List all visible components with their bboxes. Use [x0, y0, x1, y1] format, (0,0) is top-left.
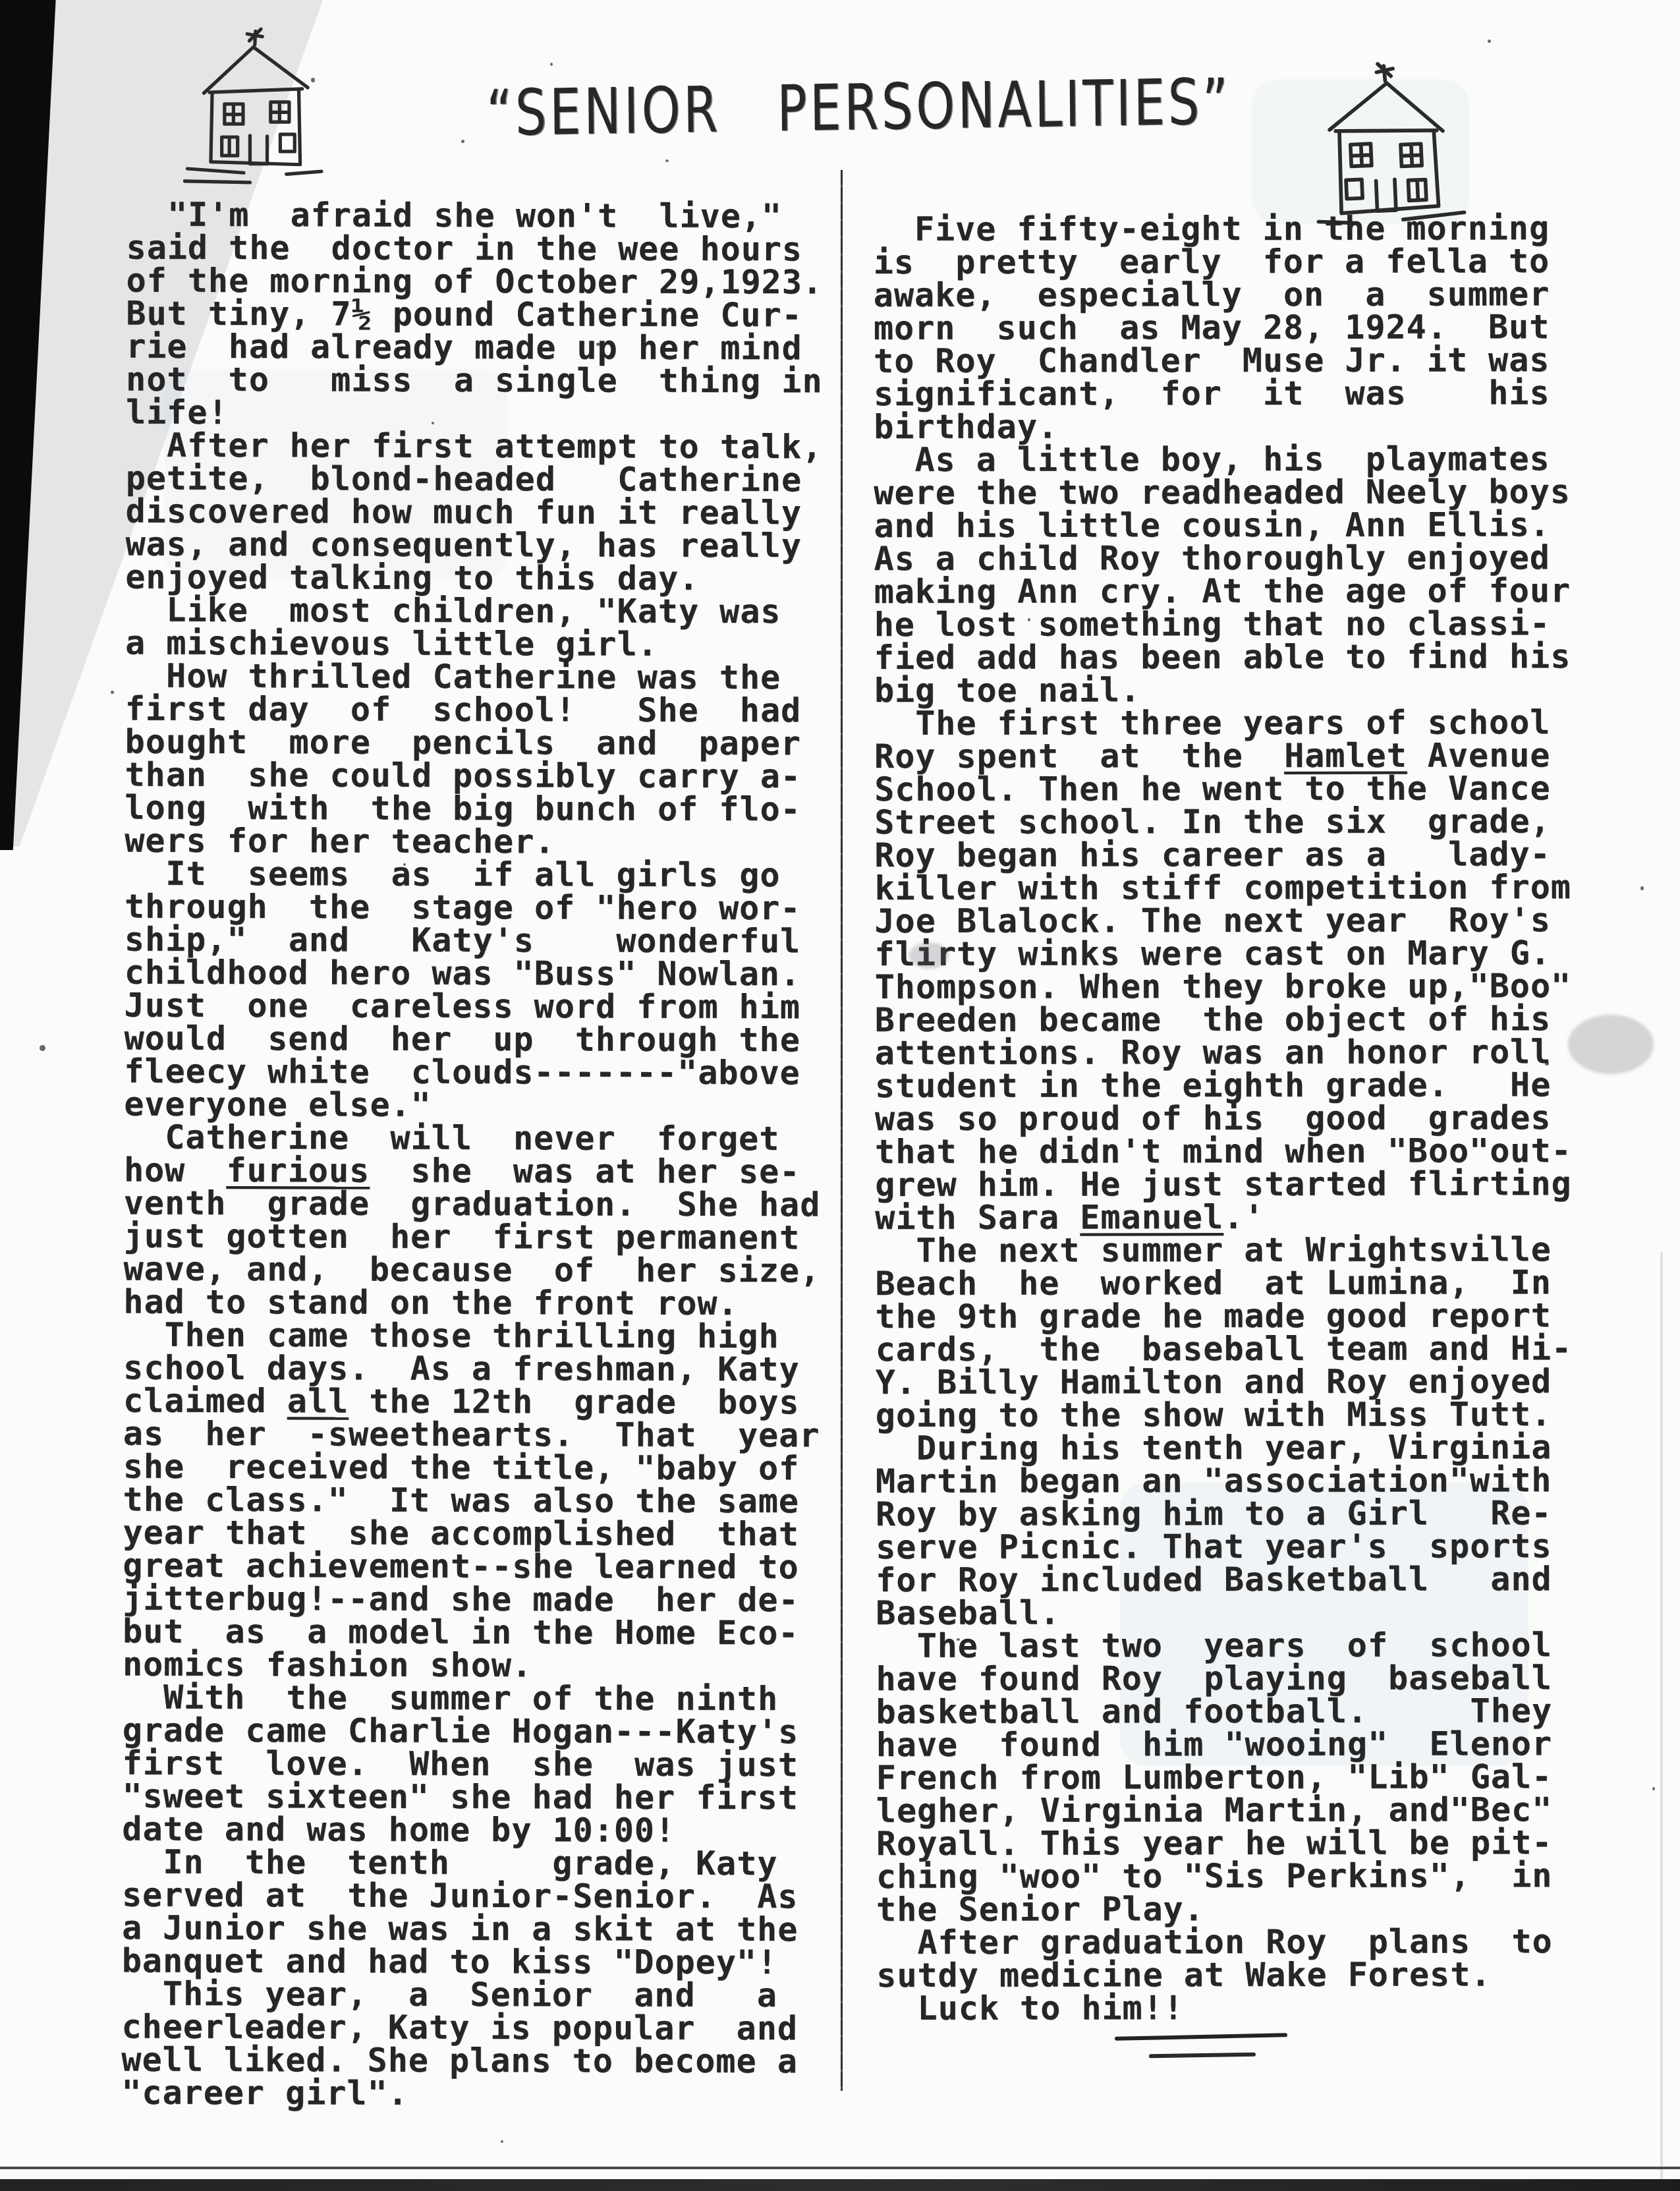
text-line: grade came Charlie Hogan---Katy's [123, 1714, 831, 1749]
text-line: great achievement--she learned to [123, 1549, 831, 1584]
text-line: With the summer of the ninth [123, 1681, 831, 1716]
end-mark-stroke [1149, 2053, 1256, 2059]
text-line: just gotten her first permanent [124, 1220, 832, 1255]
text-line: morn such as May 28, 1924. But [874, 310, 1605, 345]
text-line: he lost something that no classi- [874, 607, 1606, 641]
text-line: that he didn't mind when "Boo"out- [875, 1134, 1606, 1168]
text-line: Like most children, "Katy was [125, 594, 833, 629]
text-line: Beach he worked at Lumina, In [875, 1266, 1606, 1300]
text-line: Martin began an "association"with [876, 1464, 1607, 1498]
text-line: Roy spent at the Hamlet Avenue [874, 739, 1606, 773]
text-line: was, and consequently, has really [125, 528, 833, 563]
text-line: Just one careless word from him [125, 989, 833, 1024]
ink-speck [1545, 1062, 1549, 1066]
text-line: first day of school! She had [125, 693, 833, 727]
text-line: After graduation Roy plans to [876, 1925, 1608, 1959]
text-line: "I'm afraid she won't live," [126, 198, 835, 233]
text-line: have found him "wooing" Elenor [876, 1727, 1608, 1761]
text-line: The last two years of school [876, 1628, 1607, 1663]
text-line: ship," and Katy's wonderful [125, 923, 833, 958]
text-line: everyone else." [124, 1088, 832, 1123]
text-line: basketball and football. They [876, 1694, 1608, 1728]
left-column: "I'm afraid she won't live,"said the doc… [121, 198, 835, 2111]
ink-speck [111, 691, 114, 694]
ink-speck [794, 277, 797, 279]
text-line: nomics fashion show. [123, 1648, 831, 1683]
text-line: were the two readheaded Neely boys [874, 475, 1605, 509]
text-line: going to the show with Miss Tutt. [876, 1398, 1607, 1432]
text-line: Luck to him!! [876, 1991, 1608, 2025]
text-line: Five fifty-eight in the morning [874, 212, 1605, 246]
text-line: making Ann cry. At the age of four [874, 574, 1606, 608]
ink-speck [596, 343, 600, 346]
text-line: said the doctor in the wee hours [126, 231, 835, 266]
text-line: Royall. This year he will be pit- [876, 1826, 1608, 1860]
ink-speck [461, 140, 464, 143]
end-mark-stroke [1115, 2033, 1287, 2040]
text-line: the class." It was also the same [123, 1483, 831, 1518]
ink-speck [1028, 618, 1030, 621]
text-line: Thompson. When they broke up,"Boo" [875, 969, 1606, 1004]
text-line: Roy began his career as a lady- [874, 838, 1606, 872]
text-line: rie had already made up her mind [126, 330, 834, 365]
text-line: than she could possibly carry a- [125, 758, 833, 793]
text-line: Baseball. [876, 1595, 1607, 1630]
text-line: fied add has been able to find his [874, 640, 1606, 674]
text-line: how furious she was at her se- [124, 1154, 832, 1189]
text-line: not to miss a single thing in [126, 363, 834, 398]
text-line: wave, and, because of her size, [123, 1253, 831, 1288]
text-line: school days. As a freshman, Katy [123, 1352, 831, 1386]
ink-speck [234, 1437, 237, 1439]
text-line: claimed all the 12th grade boys [123, 1384, 831, 1419]
text-line: and his little cousin, Ann Ellis. [874, 508, 1605, 542]
text-line: well liked. She plans to become a [121, 2043, 829, 2078]
text-line: Then came those thrilling high [123, 1319, 831, 1353]
text-line: birthday. [874, 409, 1605, 443]
ink-speck [432, 422, 434, 424]
ink-speck [665, 159, 669, 162]
text-line: with Sara Emanuel.' [875, 1200, 1606, 1234]
text-line: awake, especially on a summer [874, 277, 1605, 312]
text-line: Breeden became the object of his [875, 1002, 1606, 1037]
text-line: long with the big bunch of flo- [125, 791, 833, 826]
text-line: Y. Billy Hamilton and Roy enjoyed [876, 1365, 1607, 1399]
scan-edge-right [1660, 1252, 1663, 2188]
text-line: big toe nail. [874, 673, 1606, 707]
text-line: After her first attempt to talk, [126, 429, 834, 464]
text-line: had to stand on the front row. [123, 1286, 831, 1321]
house-sketch-icon [183, 26, 335, 185]
text-line: was so proud of his good grades [875, 1101, 1606, 1135]
right-column: Five fifty-eight in the morningis pretty… [874, 212, 1608, 2025]
text-line: In the tenth grade, Katy [122, 1846, 830, 1881]
text-line: flirty winks were cast on Mary G. [875, 936, 1606, 971]
text-line: French from Lumberton, "Lib" Gal- [876, 1760, 1608, 1794]
text-line: to Roy Chandler Muse Jr. it was [874, 343, 1605, 378]
text-line: killer with stiff competition from [874, 870, 1606, 905]
text-line: How thrilled Catherine was the [125, 660, 833, 695]
ink-speck [311, 78, 315, 82]
ink-speck [40, 1045, 45, 1051]
ink-speck [550, 63, 553, 66]
text-line: During his tenth year, Virginia [876, 1431, 1607, 1465]
ink-speck [1652, 1787, 1655, 1790]
text-line: cards, the baseball team and Hi- [876, 1332, 1607, 1366]
text-line: childhood hero was "Buss" Nowlan. [125, 956, 833, 991]
scanner-bottom-line [0, 2167, 1680, 2169]
text-line: significant, for it was his [874, 376, 1605, 411]
text-line: Roy by asking him to a Girl Re- [876, 1496, 1607, 1531]
text-line: venth grade graduation. She had [124, 1187, 832, 1222]
text-line: served at the Junior-Senior. As [122, 1879, 830, 1914]
ink-speck [957, 1638, 960, 1641]
scanner-bottom-band [0, 2179, 1680, 2191]
text-line: student in the eighth grade. He [875, 1068, 1606, 1102]
text-line: This year, a Senior and a [122, 1978, 830, 2012]
text-line: School. Then he went to the Vance [874, 772, 1606, 806]
text-line: a mischievous little girl. [125, 627, 833, 662]
text-line: a Junior she was in a skit at the [122, 1912, 830, 1947]
text-line: petite, blond-headed Catherine [126, 462, 834, 497]
text-line: have found Roy playing baseball [876, 1661, 1607, 1695]
text-line: for Roy included Basketball and [876, 1562, 1607, 1597]
text-line: sutdy medicine at Wake Forest. [876, 1958, 1608, 1992]
ink-speck [975, 99, 978, 102]
text-line: ching "woo" to "Sis Perkins", in [876, 1859, 1608, 1893]
text-line: date and was home by 10:00! [122, 1813, 830, 1848]
text-line: banquet and had to kiss "Dopey"! [122, 1945, 830, 1979]
pencil-smudge [909, 942, 949, 969]
text-line: year that she accomplished that [123, 1516, 831, 1551]
text-line: The first three years of school [874, 706, 1606, 740]
text-line: fleecy white clouds-------"above [124, 1055, 832, 1090]
text-line: the 9th grade he made good report [875, 1299, 1606, 1333]
text-line: she received the title, "baby of [123, 1450, 831, 1485]
page-title: “SENIOR PERSONALITIES” [486, 65, 1231, 150]
text-line: serve Picnic. That year's sports [876, 1529, 1607, 1564]
text-line: grew him. He just started flirting [875, 1167, 1606, 1201]
text-line: but as a model in the Home Eco- [123, 1615, 831, 1650]
text-line: legher, Virginia Martin, and"Bec" [876, 1793, 1608, 1827]
text-line: As a child Roy thoroughly enjoyed [874, 541, 1605, 575]
text-line: But tiny, 7½ pound Catherine Cur- [126, 297, 834, 332]
text-line: discovered how much fun it really [125, 495, 833, 530]
column-divider-rule [841, 170, 843, 2091]
text-line: as her -sweethearts. That year [123, 1417, 831, 1452]
text-line: first love. When she was just [123, 1747, 831, 1782]
text-line: Joe Blalock. The next year Roy's [874, 903, 1606, 938]
text-line: the Senior Play. [876, 1892, 1608, 1926]
ink-speck [1488, 40, 1491, 43]
text-line: jitterbug!--and she made her de- [123, 1582, 831, 1617]
text-line: wers for her teacher. [125, 824, 833, 859]
text-line: is pretty early for a fella to [874, 244, 1605, 279]
text-line: would send her up through the [124, 1022, 832, 1057]
text-line: Street school. In the six grade, [874, 805, 1606, 839]
ink-speck [403, 863, 406, 866]
text-line: life! [126, 396, 834, 431]
text-line: "sweet sixteen" she had her first [122, 1780, 830, 1815]
pencil-smudge [1568, 1015, 1654, 1074]
ink-speck [1640, 886, 1644, 890]
text-line: cheerleader, Katy is popular and [121, 2010, 829, 2045]
text-line: It seems as if all girls go [125, 857, 833, 892]
text-line: As a little boy, his playmates [874, 442, 1605, 476]
text-line: Catherine will never forget [124, 1121, 832, 1156]
ink-speck [501, 2140, 503, 2143]
text-line: "career girl". [121, 2076, 829, 2111]
text-line: of the morning of October 29,1923. [126, 264, 834, 299]
scanned-newsletter-page: “SENIOR PERSONALITIES” "I'm afraid she w… [0, 0, 1680, 2191]
text-line: through the stage of "hero wor- [125, 890, 833, 925]
text-line: enjoyed talking to this day. [125, 561, 833, 596]
text-line: bought more pencils and paper [125, 726, 833, 760]
text-line: The next summer at Wrightsville [875, 1233, 1606, 1267]
text-line: attentions. Roy was an honor roll [875, 1035, 1606, 1069]
